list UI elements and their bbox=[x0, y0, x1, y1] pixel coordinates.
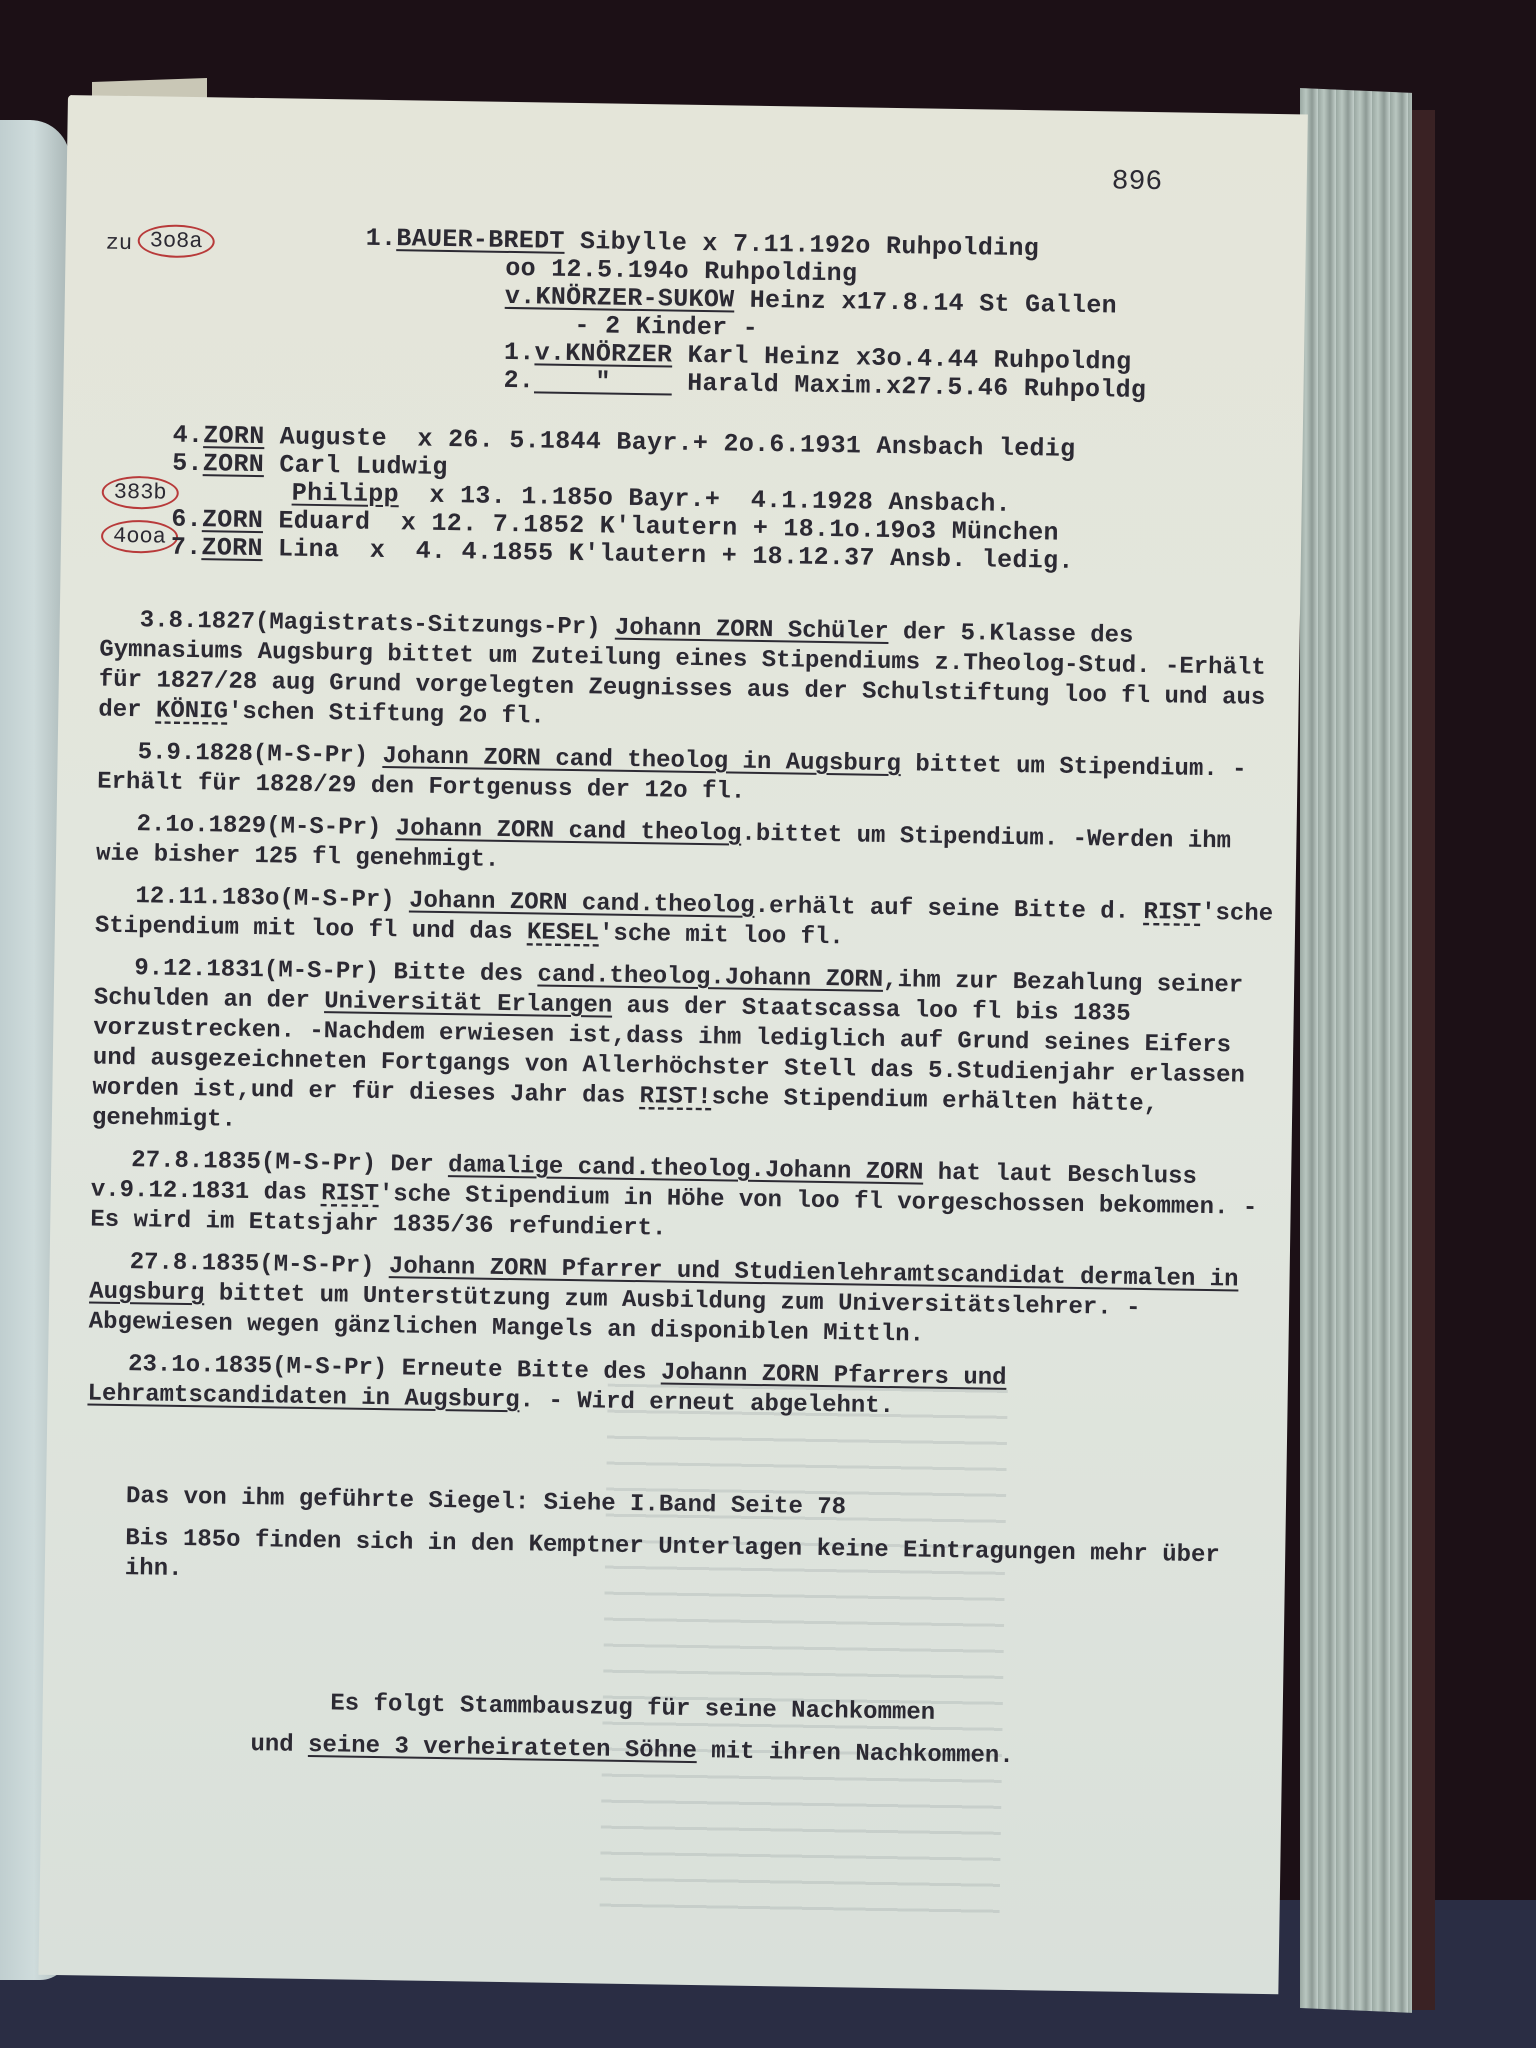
number: 5. bbox=[172, 449, 203, 478]
entry-subject: KÖNIG bbox=[156, 697, 228, 725]
details: Heinz x17.8.14 St Gallen bbox=[734, 285, 1117, 320]
closing-line-2: und seine 3 verheirateten Söhne mit ihre… bbox=[102, 1728, 1162, 1775]
entry-date: 9.12.1831(M-S-Pr) bbox=[94, 955, 379, 986]
surname: ZORN bbox=[201, 533, 263, 563]
closing-subject: seine 3 verheirateten Söhne bbox=[308, 1732, 697, 1765]
entry-subject: Johann ZORN Schüler bbox=[615, 615, 889, 646]
entry-text: 'schen Stiftung 2o fl. bbox=[228, 699, 545, 731]
entry-date: 5.9.1828(M-S-Pr) bbox=[97, 739, 368, 770]
entry: 2.1o.1829(M-S-Pr) Johann ZORN cand theol… bbox=[96, 810, 1277, 889]
margin-ref-prefix: zu bbox=[105, 231, 132, 256]
entry: 12.11.183o(M-S-Pr) Johann ZORN cand.theo… bbox=[95, 882, 1276, 961]
entry-text: .erhält auf seine Bitte d. bbox=[754, 893, 1143, 926]
entry-text: Der bbox=[376, 1151, 448, 1179]
entry-date: 27.8.1835(M-S-Pr) bbox=[91, 1146, 376, 1177]
entry-date: 3.8.1827(Magistrats-Sitzungs-Pr) bbox=[100, 607, 601, 642]
closing-text: mit ihren Nachkommen. bbox=[697, 1738, 1014, 1770]
entry: 3.8.1827(Magistrats-Sitzungs-Pr) Johann … bbox=[98, 606, 1280, 745]
surname: ZORN bbox=[203, 449, 265, 479]
entry-subject: Universität Erlangen bbox=[324, 988, 612, 1020]
details: Harald Maxim.x27.5.46 Ruhpoldg bbox=[672, 369, 1147, 405]
entry: 27.8.1835(M-S-Pr) Der damalige cand.theo… bbox=[90, 1145, 1271, 1254]
number: 1. bbox=[504, 338, 535, 367]
number: 2. bbox=[503, 366, 534, 395]
entry-text: bittet um Unterstützung zum Ausbildung z… bbox=[89, 1280, 1141, 1348]
entry-date: 2.1o.1829(M-S-Pr) bbox=[96, 811, 381, 842]
entry: 27.8.1835(M-S-Pr) Johann ZORN Pfarrer un… bbox=[88, 1247, 1269, 1356]
entry-subject: damalige cand.theolog.Johann ZORN bbox=[448, 1152, 924, 1186]
entry-subject: cand.theolog.Johann ZORN bbox=[537, 961, 883, 993]
surname: ZORN bbox=[203, 421, 265, 451]
surname: v.KNÖRZER-SUKOW bbox=[505, 282, 735, 315]
entry-subject: Johann ZORN cand theolog in Augsburg bbox=[382, 743, 901, 778]
entry-subject: RIST bbox=[1143, 899, 1201, 927]
margin-ref-383b: 383b bbox=[102, 476, 179, 510]
entry-text: Bitte des bbox=[379, 959, 538, 988]
given-name: Auguste bbox=[264, 422, 387, 453]
entry-date: 23.1o.1835(M-S-Pr) bbox=[88, 1350, 388, 1382]
page-stack-edges bbox=[1300, 88, 1412, 2013]
given-name: Philipp bbox=[292, 479, 400, 510]
entry-date: 27.8.1835(M-S-Pr) bbox=[89, 1248, 374, 1279]
number: 7. bbox=[171, 533, 202, 562]
surname: ZORN bbox=[202, 505, 264, 535]
entry: 9.12.1831(M-S-Pr) Bitte des cand.theolog… bbox=[92, 954, 1275, 1153]
margin-ref-308a: 3o8a bbox=[137, 224, 214, 258]
given-name: Lina bbox=[262, 534, 339, 564]
genealogy-line-4: - 2 Kinder - bbox=[574, 312, 758, 343]
entry-subject: Johann ZORN cand theolog bbox=[396, 815, 742, 847]
entry-date: 12.11.183o(M-S-Pr) bbox=[95, 883, 395, 915]
child-row: 5.ZORN Carl Ludwig bbox=[172, 450, 448, 482]
number: 6. bbox=[171, 505, 202, 534]
surname: v.KNÖRZER bbox=[534, 338, 672, 369]
surname: BAUER-BREDT bbox=[396, 224, 565, 256]
entry-text: Erneute Bitte des bbox=[387, 1355, 661, 1386]
surname: " bbox=[534, 366, 672, 397]
entries-section: 3.8.1827(Magistrats-Sitzungs-Pr) Johann … bbox=[84, 606, 1279, 1614]
document-page: 896 zu 3o8a 383b 4ooa 1.BAUER-BREDT Siby… bbox=[38, 95, 1307, 1994]
entry: 23.1o.1835(M-S-Pr) Erneute Bitte des Joh… bbox=[87, 1349, 1268, 1428]
margin-ref-400a: 4ooa bbox=[101, 520, 178, 554]
given-name: Eduard bbox=[263, 506, 371, 537]
page-number: 896 bbox=[1112, 166, 1163, 198]
entry-subject: Johann ZORN cand.theolog bbox=[409, 887, 755, 919]
details: x 26. 5.1844 Bayr.+ 2o.6.1931 Ansbach le… bbox=[387, 424, 1076, 464]
number: 4. bbox=[172, 421, 203, 450]
entry-subject: RIST bbox=[321, 1180, 379, 1208]
entry: 5.9.1828(M-S-Pr) Johann ZORN cand theolo… bbox=[97, 738, 1278, 817]
given-name: Carl Ludwig bbox=[264, 450, 448, 482]
entry-text: 'sche mit loo fl. bbox=[599, 920, 844, 951]
entry-text: . - Wird erneut abgelehnt. bbox=[519, 1387, 894, 1420]
entry-subject: RIST! bbox=[639, 1083, 711, 1111]
entry-subject: KESEL bbox=[527, 919, 599, 947]
closing-text: und bbox=[250, 1731, 308, 1759]
note-no-entries: Bis 185o finden sich in den Kemptner Unt… bbox=[85, 1523, 1266, 1602]
closing-note: Es folgt Stammbauszug für seine Nachkomm… bbox=[102, 1686, 1163, 1787]
